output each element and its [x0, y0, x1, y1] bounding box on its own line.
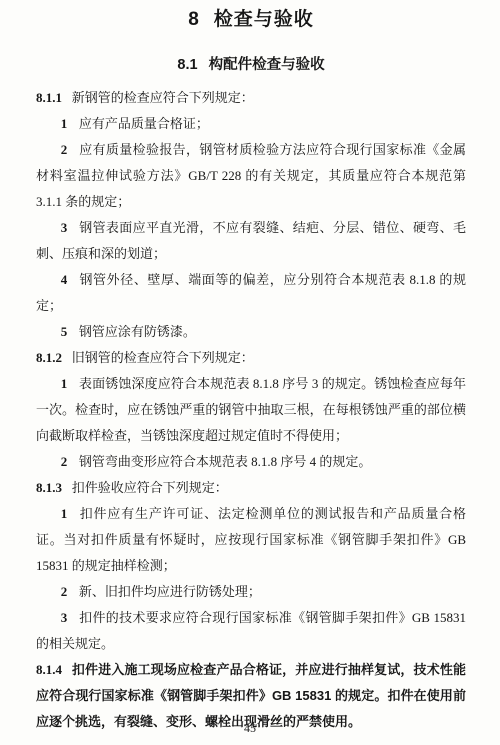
clause-8-1-1-item-1: 1应有产品质量合格证； [36, 111, 466, 137]
clause-intro: 扣件进入施工现场应检查产品合格证，并应进行抽样复试，技术性能应符合现行国家标准《… [36, 662, 466, 729]
section-heading: 8.1构配件检查与验收 [36, 56, 466, 74]
clause-8-1-2-item-2: 2钢管弯曲变形应符合本规范表 8.1.8 序号 4 的规定。 [36, 449, 466, 475]
item-number: 5 [61, 324, 68, 339]
section-number: 8.1 [177, 57, 197, 73]
section-title-text: 构配件检查与验收 [209, 57, 325, 73]
item-number: 3 [61, 220, 68, 235]
item-text: 钢管应涂有防锈漆。 [79, 324, 196, 339]
clause-number: 8.1.3 [36, 480, 62, 495]
document-body: 8.1.1新钢管的检查应符合下列规定： 1应有产品质量合格证； 2应有质量检验报… [36, 85, 466, 735]
item-text: 表面锈蚀深度应符合本规范表 8.1.8 序号 3 的规定。锈蚀检查应每年一次。检… [36, 376, 466, 443]
item-text: 应有产品质量合格证； [79, 116, 209, 131]
clause-intro: 新钢管的检查应符合下列规定： [72, 90, 254, 105]
item-text: 应有质量检验报告，钢管材质检验方法应符合现行国家标准《金属材料室温拉伸试验方法》… [36, 142, 466, 209]
clause-8-1-2: 8.1.2旧钢管的检查应符合下列规定： [36, 345, 466, 371]
clause-number: 8.1.1 [36, 90, 62, 105]
clause-intro: 扣件验收应符合下列规定： [72, 480, 228, 495]
clause-number: 8.1.2 [36, 350, 62, 365]
item-text: 扣件应有生产许可证、法定检测单位的测试报告和产品质量合格证。当对扣件质量有怀疑时… [36, 506, 466, 573]
clause-8-1-3-item-2: 2新、旧扣件均应进行防锈处理； [36, 579, 466, 605]
item-number: 3 [61, 610, 68, 625]
item-number: 1 [61, 116, 68, 131]
clause-8-1-1-item-2: 2应有质量检验报告，钢管材质检验方法应符合现行国家标准《金属材料室温拉伸试验方法… [36, 137, 466, 215]
clause-8-1-1-item-3: 3钢管表面应平直光滑，不应有裂缝、结疤、分层、错位、硬弯、毛刺、压痕和深的划道； [36, 215, 466, 267]
clause-number: 8.1.4 [36, 662, 62, 677]
item-number: 4 [61, 272, 68, 287]
clause-8-1-1-item-4: 4钢管外径、壁厚、端面等的偏差，应分别符合本规范表 8.1.8 的规定； [36, 267, 466, 319]
item-text: 钢管外径、壁厚、端面等的偏差，应分别符合本规范表 8.1.8 的规定； [36, 272, 466, 313]
item-text: 扣件的技术要求应符合现行国家标准《钢管脚手架扣件》GB 15831 的相关规定。 [36, 610, 466, 651]
clause-intro: 旧钢管的检查应符合下列规定： [72, 350, 254, 365]
chapter-title-text: 检查与验收 [214, 9, 314, 30]
item-number: 1 [61, 506, 68, 521]
item-text: 钢管弯曲变形应符合本规范表 8.1.8 序号 4 的规定。 [79, 454, 372, 469]
clause-8-1-1: 8.1.1新钢管的检查应符合下列规定： [36, 85, 466, 111]
clause-8-1-3-item-3: 3扣件的技术要求应符合现行国家标准《钢管脚手架扣件》GB 15831 的相关规定… [36, 605, 466, 657]
item-number: 2 [61, 142, 68, 157]
item-text: 钢管表面应平直光滑，不应有裂缝、结疤、分层、错位、硬弯、毛刺、压痕和深的划道； [36, 220, 466, 261]
clause-8-1-1-item-5: 5钢管应涂有防锈漆。 [36, 319, 466, 345]
clause-8-1-2-item-1: 1表面锈蚀深度应符合本规范表 8.1.8 序号 3 的规定。锈蚀检查应每年一次。… [36, 371, 466, 449]
item-text: 新、旧扣件均应进行防锈处理； [79, 584, 261, 599]
clause-8-1-3: 8.1.3扣件验收应符合下列规定： [36, 475, 466, 501]
chapter-number: 8 [188, 9, 199, 30]
page-number: 45 [0, 721, 500, 736]
item-number: 2 [61, 584, 68, 599]
chapter-title: 8检查与验收 [36, 8, 466, 32]
item-number: 2 [61, 454, 68, 469]
document-page: 8检查与验收 8.1构配件检查与验收 8.1.1新钢管的检查应符合下列规定： 1… [0, 0, 500, 745]
clause-8-1-3-item-1: 1扣件应有生产许可证、法定检测单位的测试报告和产品质量合格证。当对扣件质量有怀疑… [36, 501, 466, 579]
item-number: 1 [61, 376, 68, 391]
